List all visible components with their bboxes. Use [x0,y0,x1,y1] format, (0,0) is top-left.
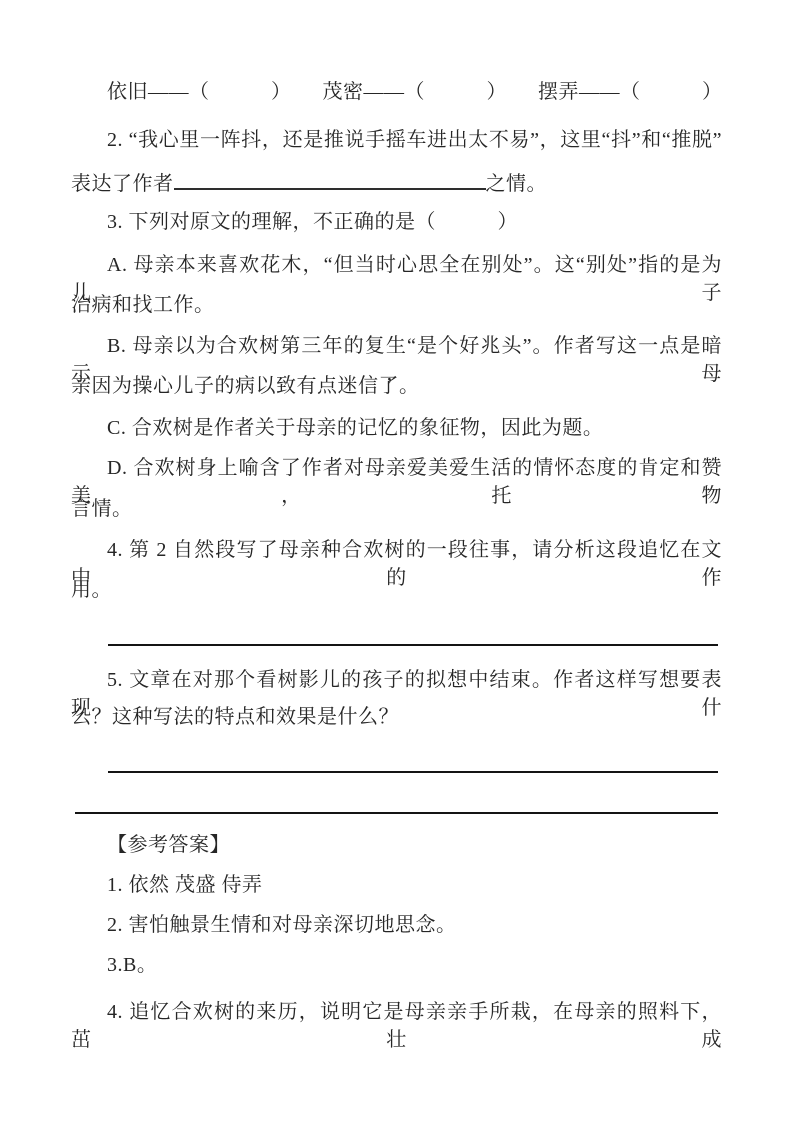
document-page: 依旧——（ ） 茂密——（ ） 摆弄——（ ） 2. “我心里一阵抖，还是推说手… [0,0,793,1122]
fill-blank-underline [174,168,486,190]
question-2-fill-line: 表达了作者之情。 [71,168,722,196]
option-a-line-1: A. 母亲本来喜欢花木，“但当时心思全在别处”。这“别处”指的是为儿子 [71,251,722,279]
option-b-line-2: 亲因为操心儿子的病以致有点迷信了。 [71,372,722,400]
option-b-line-1: B. 母亲以为合欢树第三年的复生“是个好兆头”。作者写这一点是暗示，母 [71,332,722,360]
answer-key-header: 【参考答案】 [71,831,722,859]
question-3-stem: 3. 下列对原文的理解，不正确的是（ ） [71,208,722,236]
option-a-line-2: 治病和找工作。 [71,291,722,319]
question-2-line-1: 2. “我心里一阵抖，还是推说手摇车进出太不易”，这里“抖”和“推脱” [71,126,722,154]
answer-item-1: 1. 依然 茂盛 侍弄 [71,871,722,899]
answer-writing-line-2 [108,771,718,773]
synonym-match-row: 依旧——（ ） 茂密——（ ） 摆弄——（ ） [71,78,722,106]
answer-item-2: 2. 害怕触景生情和对母亲深切地思念。 [71,911,722,939]
question-4-line-1: 4. 第 2 自然段写了母亲种合欢树的一段往事，请分析这段追忆在文中的作 [71,536,722,564]
answer-item-3: 3.B。 [71,951,722,979]
question-4-line-2: 用。 [71,576,722,604]
fill-suffix: 之情。 [486,173,548,195]
option-d-line-2: 言情。 [71,495,722,523]
answer-item-4-partial: 4. 追忆合欢树的来历，说明它是母亲亲手所栽，在母亲的照料下，茁壮成 [71,998,722,1026]
option-c-line: C. 合欢树是作者关于母亲的记忆的象征物，因此为题。 [71,414,722,442]
question-5-line-1: 5. 文章在对那个看树影儿的孩子的拟想中结束。作者这样写想要表现什 [71,666,722,694]
section-divider-rule [75,812,718,814]
answer-writing-line-1 [108,644,718,646]
fill-prefix: 表达了作者 [71,173,174,195]
option-d-line-1: D. 合欢树身上喻含了作者对母亲爱美爱生活的情怀态度的肯定和赞美，托物 [71,454,722,482]
question-5-line-2: 么？这种写法的特点和效果是什么？ [71,703,722,731]
